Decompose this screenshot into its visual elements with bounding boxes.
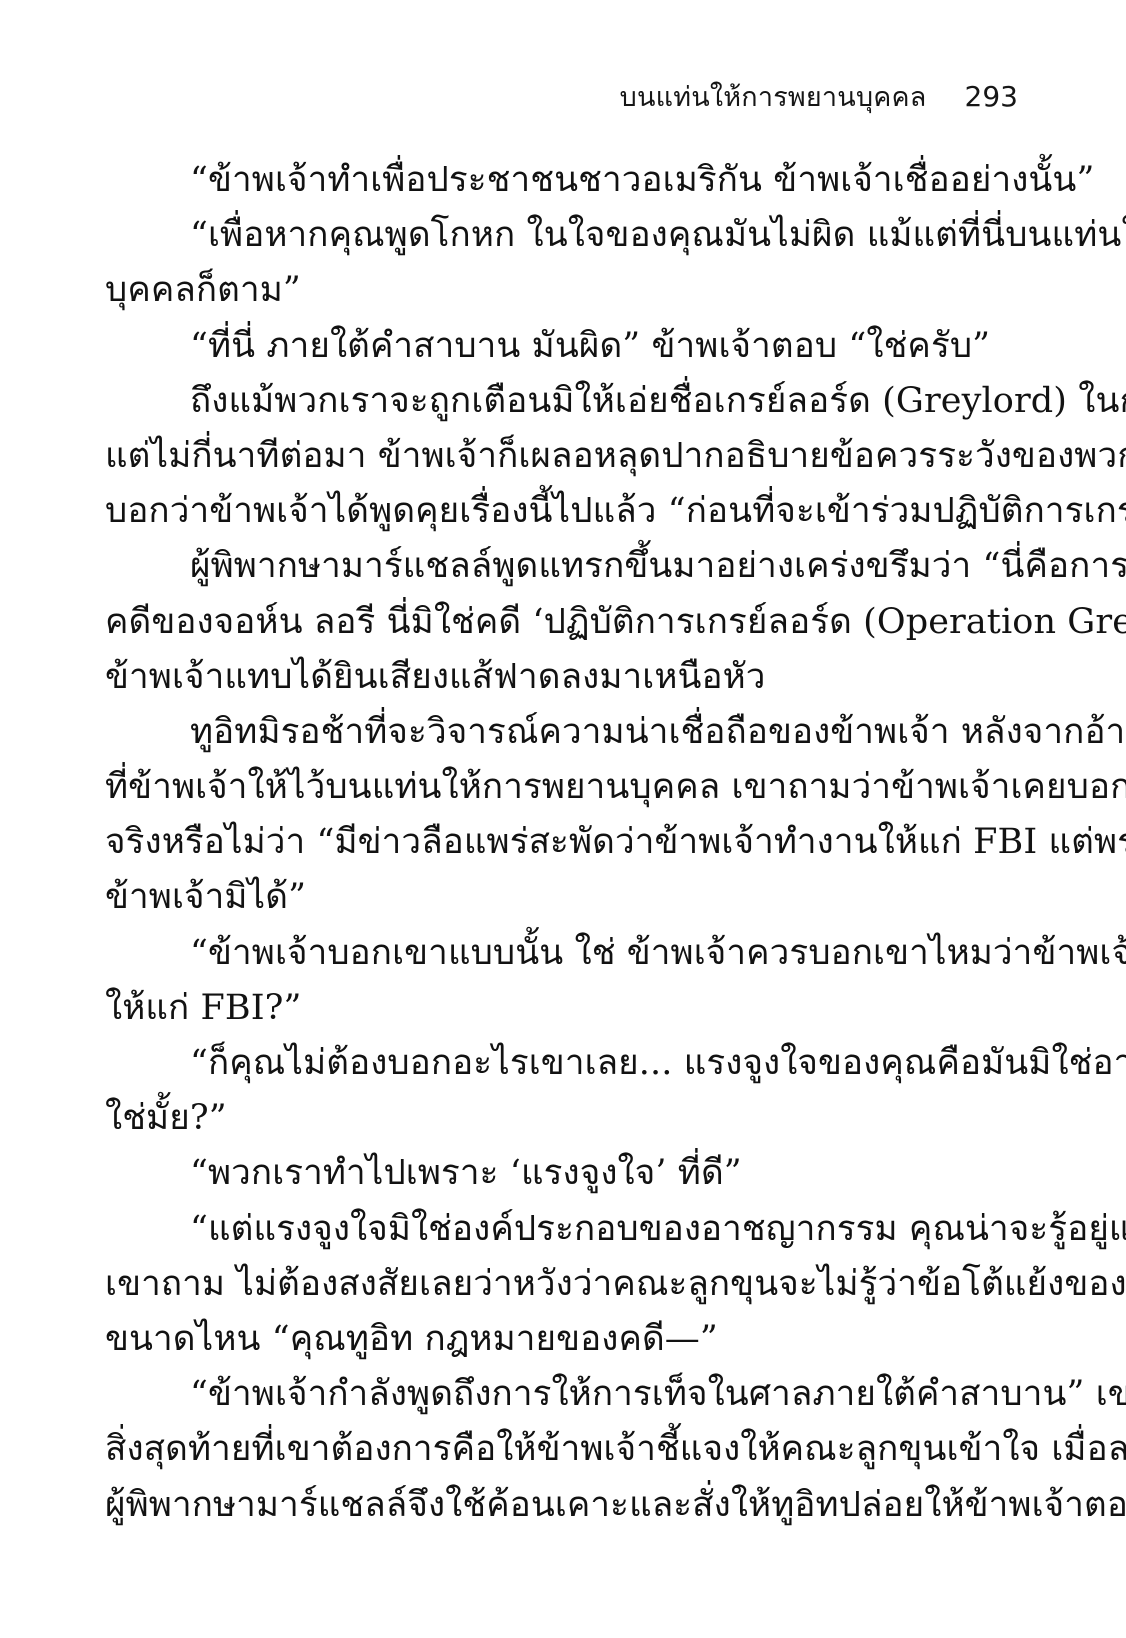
- body-line: “เพื่อหากคุณพูดโกหก ในใจของคุณมันไม่ผิด …: [105, 208, 1017, 263]
- body-line: ข้าพเจ้าแทบได้ยินเสียงแส้ฟาดลงมาเหนือหัว: [105, 650, 1017, 705]
- body-line: สิ่งสุดท้ายที่เขาต้องการคือให้ข้าพเจ้าชี…: [105, 1422, 1017, 1477]
- body-line: ใช่มั้ย?”: [105, 1091, 1017, 1146]
- body-line: ให้แก่ FBI?”: [105, 981, 1017, 1036]
- chapter-title: บนแท่นให้การพยานบุคคล: [620, 81, 927, 115]
- body-line: แต่ไม่กี่นาทีต่อมา ข้าพเจ้าก็เผลอหลุดปาก…: [105, 429, 1017, 484]
- body-line: ผู้พิพากษามาร์แชลล์พูดแทรกขึ้นมาอย่างเคร…: [105, 539, 1017, 594]
- body-line: “พวกเราทำไปเพราะ ‘แรงจูงใจ’ ที่ดี”: [105, 1146, 1017, 1201]
- body-line: จริงหรือไม่ว่า “มีข่าวลือแพร่สะพัดว่าข้า…: [105, 815, 1017, 870]
- body-line: ผู้พิพากษามาร์แชลล์จึงใช้ค้อนเคาะและสั่ง…: [105, 1478, 1017, 1533]
- body-line: บุคคลก็ตาม”: [105, 263, 1017, 318]
- body-line: “ก็คุณไม่ต้องบอกอะไรเขาเลย... แรงจูงใจขอ…: [105, 1036, 1017, 1091]
- body-line: ที่ข้าพเจ้าให้ไว้บนแท่นให้การพยานบุคคล เ…: [105, 760, 1017, 815]
- body-line: “ข้าพเจ้าบอกเขาแบบนั้น ใช่ ข้าพเจ้าควรบอ…: [105, 926, 1017, 981]
- running-header: บนแท่นให้การพยานบุคคล 293: [0, 0, 1126, 115]
- body-line: ถึงแม้พวกเราจะถูกเตือนมิให้เอ่ยชื่อเกรย์…: [105, 374, 1017, 429]
- body-line: เขาถาม ไม่ต้องสงสัยเลยว่าหวังว่าคณะลูกขุ…: [105, 1257, 1017, 1312]
- body-line: ขนาดไหน “คุณทูอิท กฎหมายของคดี—”: [105, 1312, 1017, 1367]
- body-line: บอกว่าข้าพเจ้าได้พูดคุยเรื่องนี้ไปแล้ว “…: [105, 484, 1017, 539]
- book-page: บนแท่นให้การพยานบุคคล 293 “ข้าพเจ้าทำเพื…: [0, 0, 1126, 1638]
- body-line: ทูอิทมิรอช้าที่จะวิจารณ์ความน่าเชื่อถือข…: [105, 705, 1017, 760]
- body-line: คดีของจอห์น ลอรี นี่มิใช่คดี ‘ปฏิบัติการ…: [105, 595, 1017, 650]
- body-line: “แต่แรงจูงใจมิใช่องค์ประกอบของอาชญากรรม …: [105, 1202, 1017, 1257]
- body-line: “ที่นี่ ภายใต้คำสาบาน มันผิด” ข้าพเจ้าตอ…: [105, 319, 1017, 374]
- body-text: “ข้าพเจ้าทำเพื่อประชาชนชาวอเมริกัน ข้าพเ…: [0, 153, 1017, 1533]
- body-line: “ข้าพเจ้าทำเพื่อประชาชนชาวอเมริกัน ข้าพเ…: [105, 153, 1017, 208]
- body-line: “ข้าพเจ้ากำลังพูดถึงการให้การเท็จในศาลภา…: [105, 1367, 1017, 1422]
- page-number: 293: [965, 80, 1018, 114]
- body-line: ข้าพเจ้ามิได้”: [105, 870, 1017, 925]
